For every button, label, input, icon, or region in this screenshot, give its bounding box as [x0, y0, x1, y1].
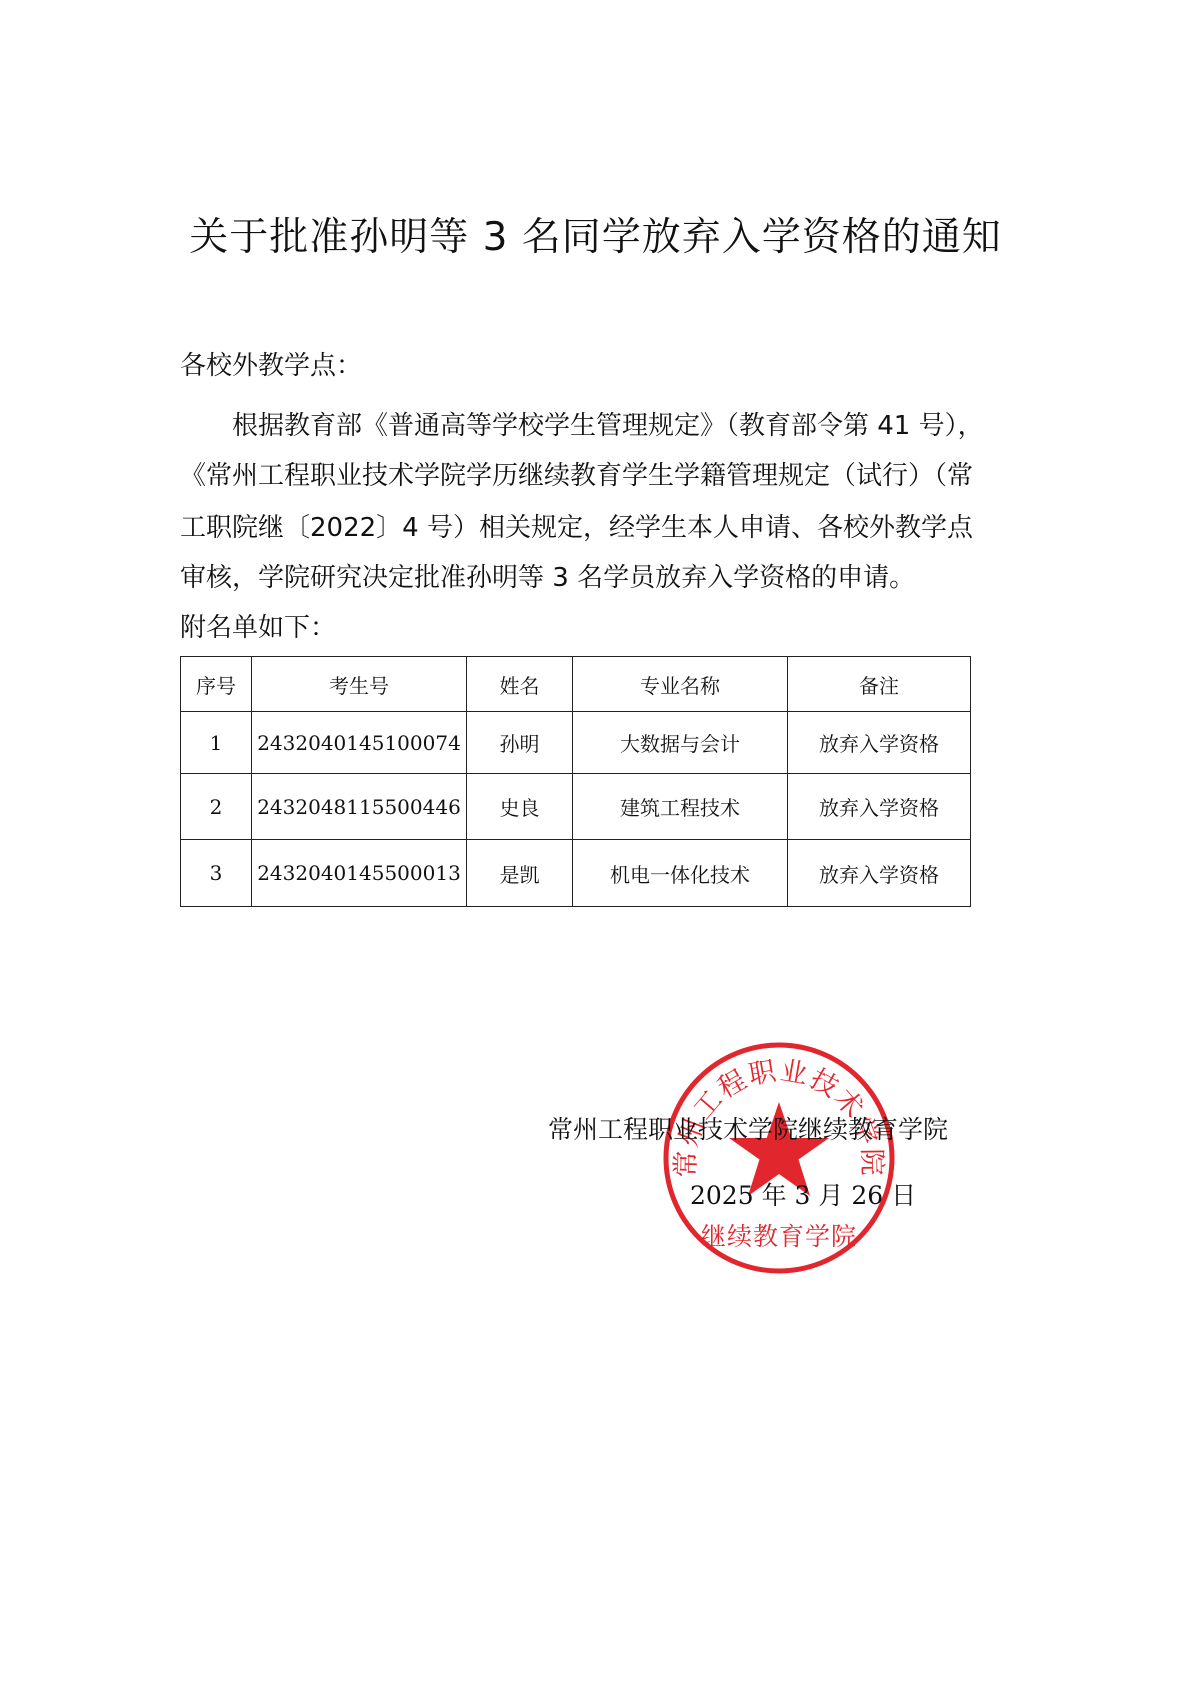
table-row: 3 2432040145500013 是凯 机电一体化技术 放弃入学资格 [181, 840, 971, 907]
salutation: 各校外教学点： [180, 348, 362, 384]
header-exam-number: 考生号 [252, 657, 467, 712]
cell-exam-number: 2432048115500446 [252, 774, 467, 840]
issue-date: 2025 年 3 月 26 日 [690, 1178, 916, 1214]
header-name: 姓名 [467, 657, 573, 712]
header-index: 序号 [181, 657, 252, 712]
cell-index: 3 [181, 840, 252, 907]
cell-name: 史良 [467, 774, 573, 840]
table-row: 1 2432040145100074 孙明 大数据与会计 放弃入学资格 [181, 712, 971, 774]
cell-index: 1 [181, 712, 252, 774]
cell-name: 孙明 [467, 712, 573, 774]
body-line-4: 审核，学院研究决定批准孙明等 3 名学员放弃入学资格的申请。 [180, 560, 915, 596]
cell-index: 2 [181, 774, 252, 840]
header-major: 专业名称 [573, 657, 788, 712]
cell-major: 建筑工程技术 [573, 774, 788, 840]
cell-exam-number: 2432040145500013 [252, 840, 467, 907]
body-line-3: 工职院继〔2022〕4 号）相关规定，经学生本人申请、各校外教学点 [180, 510, 973, 546]
document-title: 关于批准孙明等 3 名同学放弃入学资格的通知 [0, 212, 1191, 264]
cell-major: 机电一体化技术 [573, 840, 788, 907]
header-remark: 备注 [788, 657, 971, 712]
issuer-signature: 常州工程职业技术学院继续教育学院 [548, 1112, 948, 1148]
list-intro: 附名单如下： [180, 610, 336, 646]
cell-exam-number: 2432040145100074 [252, 712, 467, 774]
cell-major: 大数据与会计 [573, 712, 788, 774]
table-header-row: 序号 考生号 姓名 专业名称 备注 [181, 657, 971, 712]
cell-name: 是凯 [467, 840, 573, 907]
roster-table: 序号 考生号 姓名 专业名称 备注 1 2432040145100074 孙明 … [180, 656, 971, 907]
cell-remark: 放弃入学资格 [788, 712, 971, 774]
cell-remark: 放弃入学资格 [788, 840, 971, 907]
body-line-2: 《常州工程职业技术学院学历继续教育学生学籍管理规定（试行）（常 [180, 458, 973, 494]
table-row: 2 2432048115500446 史良 建筑工程技术 放弃入学资格 [181, 774, 971, 840]
official-seal-icon: 常州工程职业技术学院 继续教育学院 [661, 1040, 897, 1276]
body-line-1: 根据教育部《普通高等学校学生管理规定》（教育部令第 41 号）， [232, 408, 984, 444]
seal-bottom-text: 继续教育学院 [701, 1222, 857, 1251]
cell-remark: 放弃入学资格 [788, 774, 971, 840]
